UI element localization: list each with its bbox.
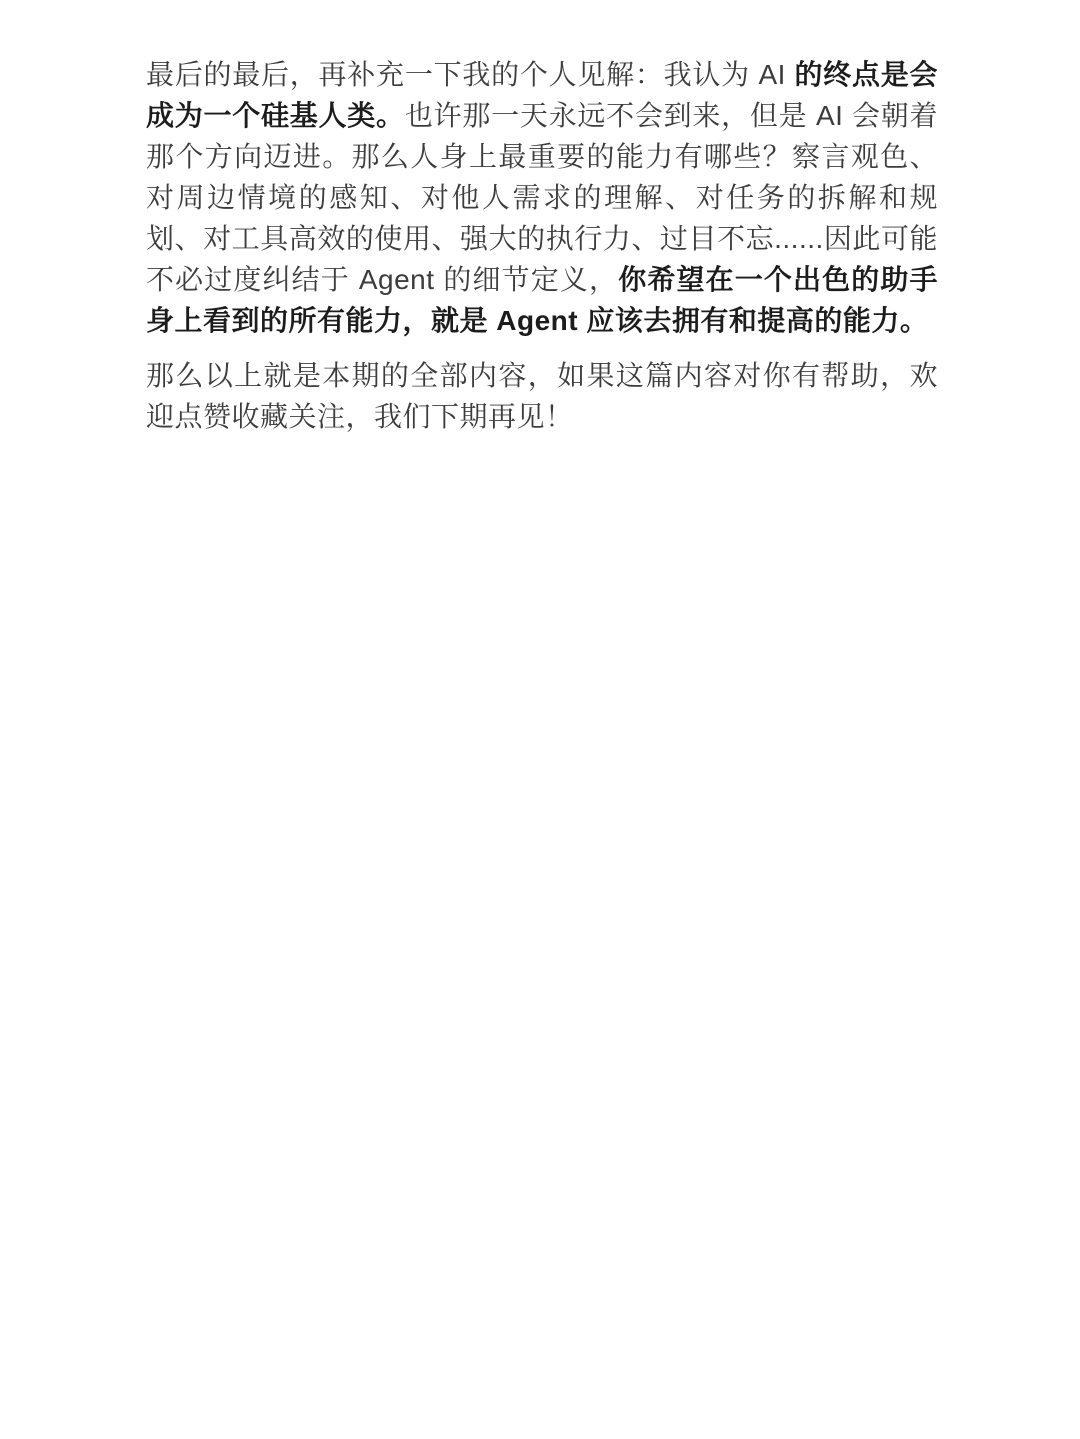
article-paragraph: 那么以上就是本期的全部内容，如果这篇内容对你有帮助，欢迎点赞收藏关注，我们下期再… (146, 355, 938, 437)
article-paragraph: 最后的最后，再补充一下我的个人见解：我认为 AI 的终点是会成为一个硅基人类。也… (146, 54, 938, 341)
text-segment: 最后的最后，再补充一下我的个人见解：我认为 AI (146, 59, 794, 90)
article-body: 最后的最后，再补充一下我的个人见解：我认为 AI 的终点是会成为一个硅基人类。也… (146, 54, 938, 451)
text-segment: 那么以上就是本期的全部内容，如果这篇内容对你有帮助，欢迎点赞收藏关注，我们下期再… (146, 360, 938, 432)
article-page: 最后的最后，再补充一下我的个人见解：我认为 AI 的终点是会成为一个硅基人类。也… (0, 0, 1080, 1439)
